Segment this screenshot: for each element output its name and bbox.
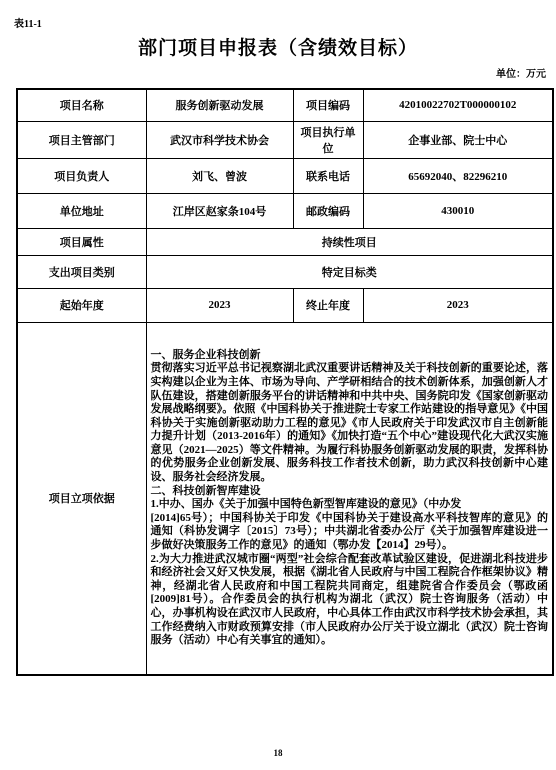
expenditure-category-value: 特定目标类: [146, 255, 553, 288]
document-page: 表11-1 部门项目申报表（含绩效目标） 单位：万元 项目名称 服务创新驱动发展…: [0, 0, 556, 770]
executing-unit-label: 项目执行单位: [293, 121, 363, 158]
basis-label: 项目立项依据: [17, 322, 146, 675]
project-attribute-value: 持续性项目: [146, 228, 553, 255]
start-year-value: 2023: [146, 288, 293, 322]
phone-label: 联系电话: [293, 158, 363, 193]
postcode-label: 邮政编码: [293, 193, 363, 228]
expenditure-category-label: 支出项目类别: [17, 255, 146, 288]
supervisor-dept-label: 项目主管部门: [17, 121, 146, 158]
supervisor-dept-value: 武汉市科学技术协会: [146, 121, 293, 158]
executing-unit-value: 企事业部、院士中心: [363, 121, 553, 158]
address-value: 江岸区赵家条104号: [146, 193, 293, 228]
project-attribute-label: 项目属性: [17, 228, 146, 255]
project-name-label: 项目名称: [17, 89, 146, 121]
table-row-address: 单位地址 江岸区赵家条104号 邮政编码 430010: [17, 193, 553, 228]
postcode-value: 430010: [363, 193, 553, 228]
project-application-table: 项目名称 服务创新驱动发展 项目编码 42010022702T000000102…: [16, 88, 554, 676]
end-year-value: 2023: [363, 288, 553, 322]
address-label: 单位地址: [17, 193, 146, 228]
table-row-attribute: 项目属性 持续性项目: [17, 228, 553, 255]
table-row-supervisor-dept: 项目主管部门 武汉市科学技术协会 项目执行单位 企事业部、院士中心: [17, 121, 553, 158]
basis-cell: 一、服务企业科技创新 贯彻落实习近平总书记视察湖北武汉重要讲话精神及关于科技创新…: [146, 322, 553, 675]
project-name-value: 服务创新驱动发展: [146, 89, 293, 121]
project-code-value: 42010022702T000000102: [363, 89, 553, 121]
leader-label: 项目负责人: [17, 158, 146, 193]
table-row-project-name: 项目名称 服务创新驱动发展 项目编码 42010022702T000000102: [17, 89, 553, 121]
table-row-leader: 项目负责人 刘飞、曾波 联系电话 65692040、82296210: [17, 158, 553, 193]
basis-text: 一、服务企业科技创新 贯彻落实习近平总书记视察湖北武汉重要讲话精神及关于科技创新…: [151, 349, 549, 648]
phone-value: 65692040、82296210: [363, 158, 553, 193]
page-number: 18: [0, 748, 556, 758]
table-tag: 表11-1: [14, 15, 42, 30]
table-row-basis: 项目立项依据 一、服务企业科技创新 贯彻落实习近平总书记视察湖北武汉重要讲话精神…: [17, 322, 553, 675]
unit-label: 单位：万元: [496, 65, 546, 80]
table-row-category: 支出项目类别 特定目标类: [17, 255, 553, 288]
start-year-label: 起始年度: [17, 288, 146, 322]
leader-value: 刘飞、曾波: [146, 158, 293, 193]
end-year-label: 终止年度: [293, 288, 363, 322]
project-code-label: 项目编码: [293, 89, 363, 121]
table-row-years: 起始年度 2023 终止年度 2023: [17, 288, 553, 322]
page-title: 部门项目申报表（含绩效目标）: [0, 33, 556, 60]
